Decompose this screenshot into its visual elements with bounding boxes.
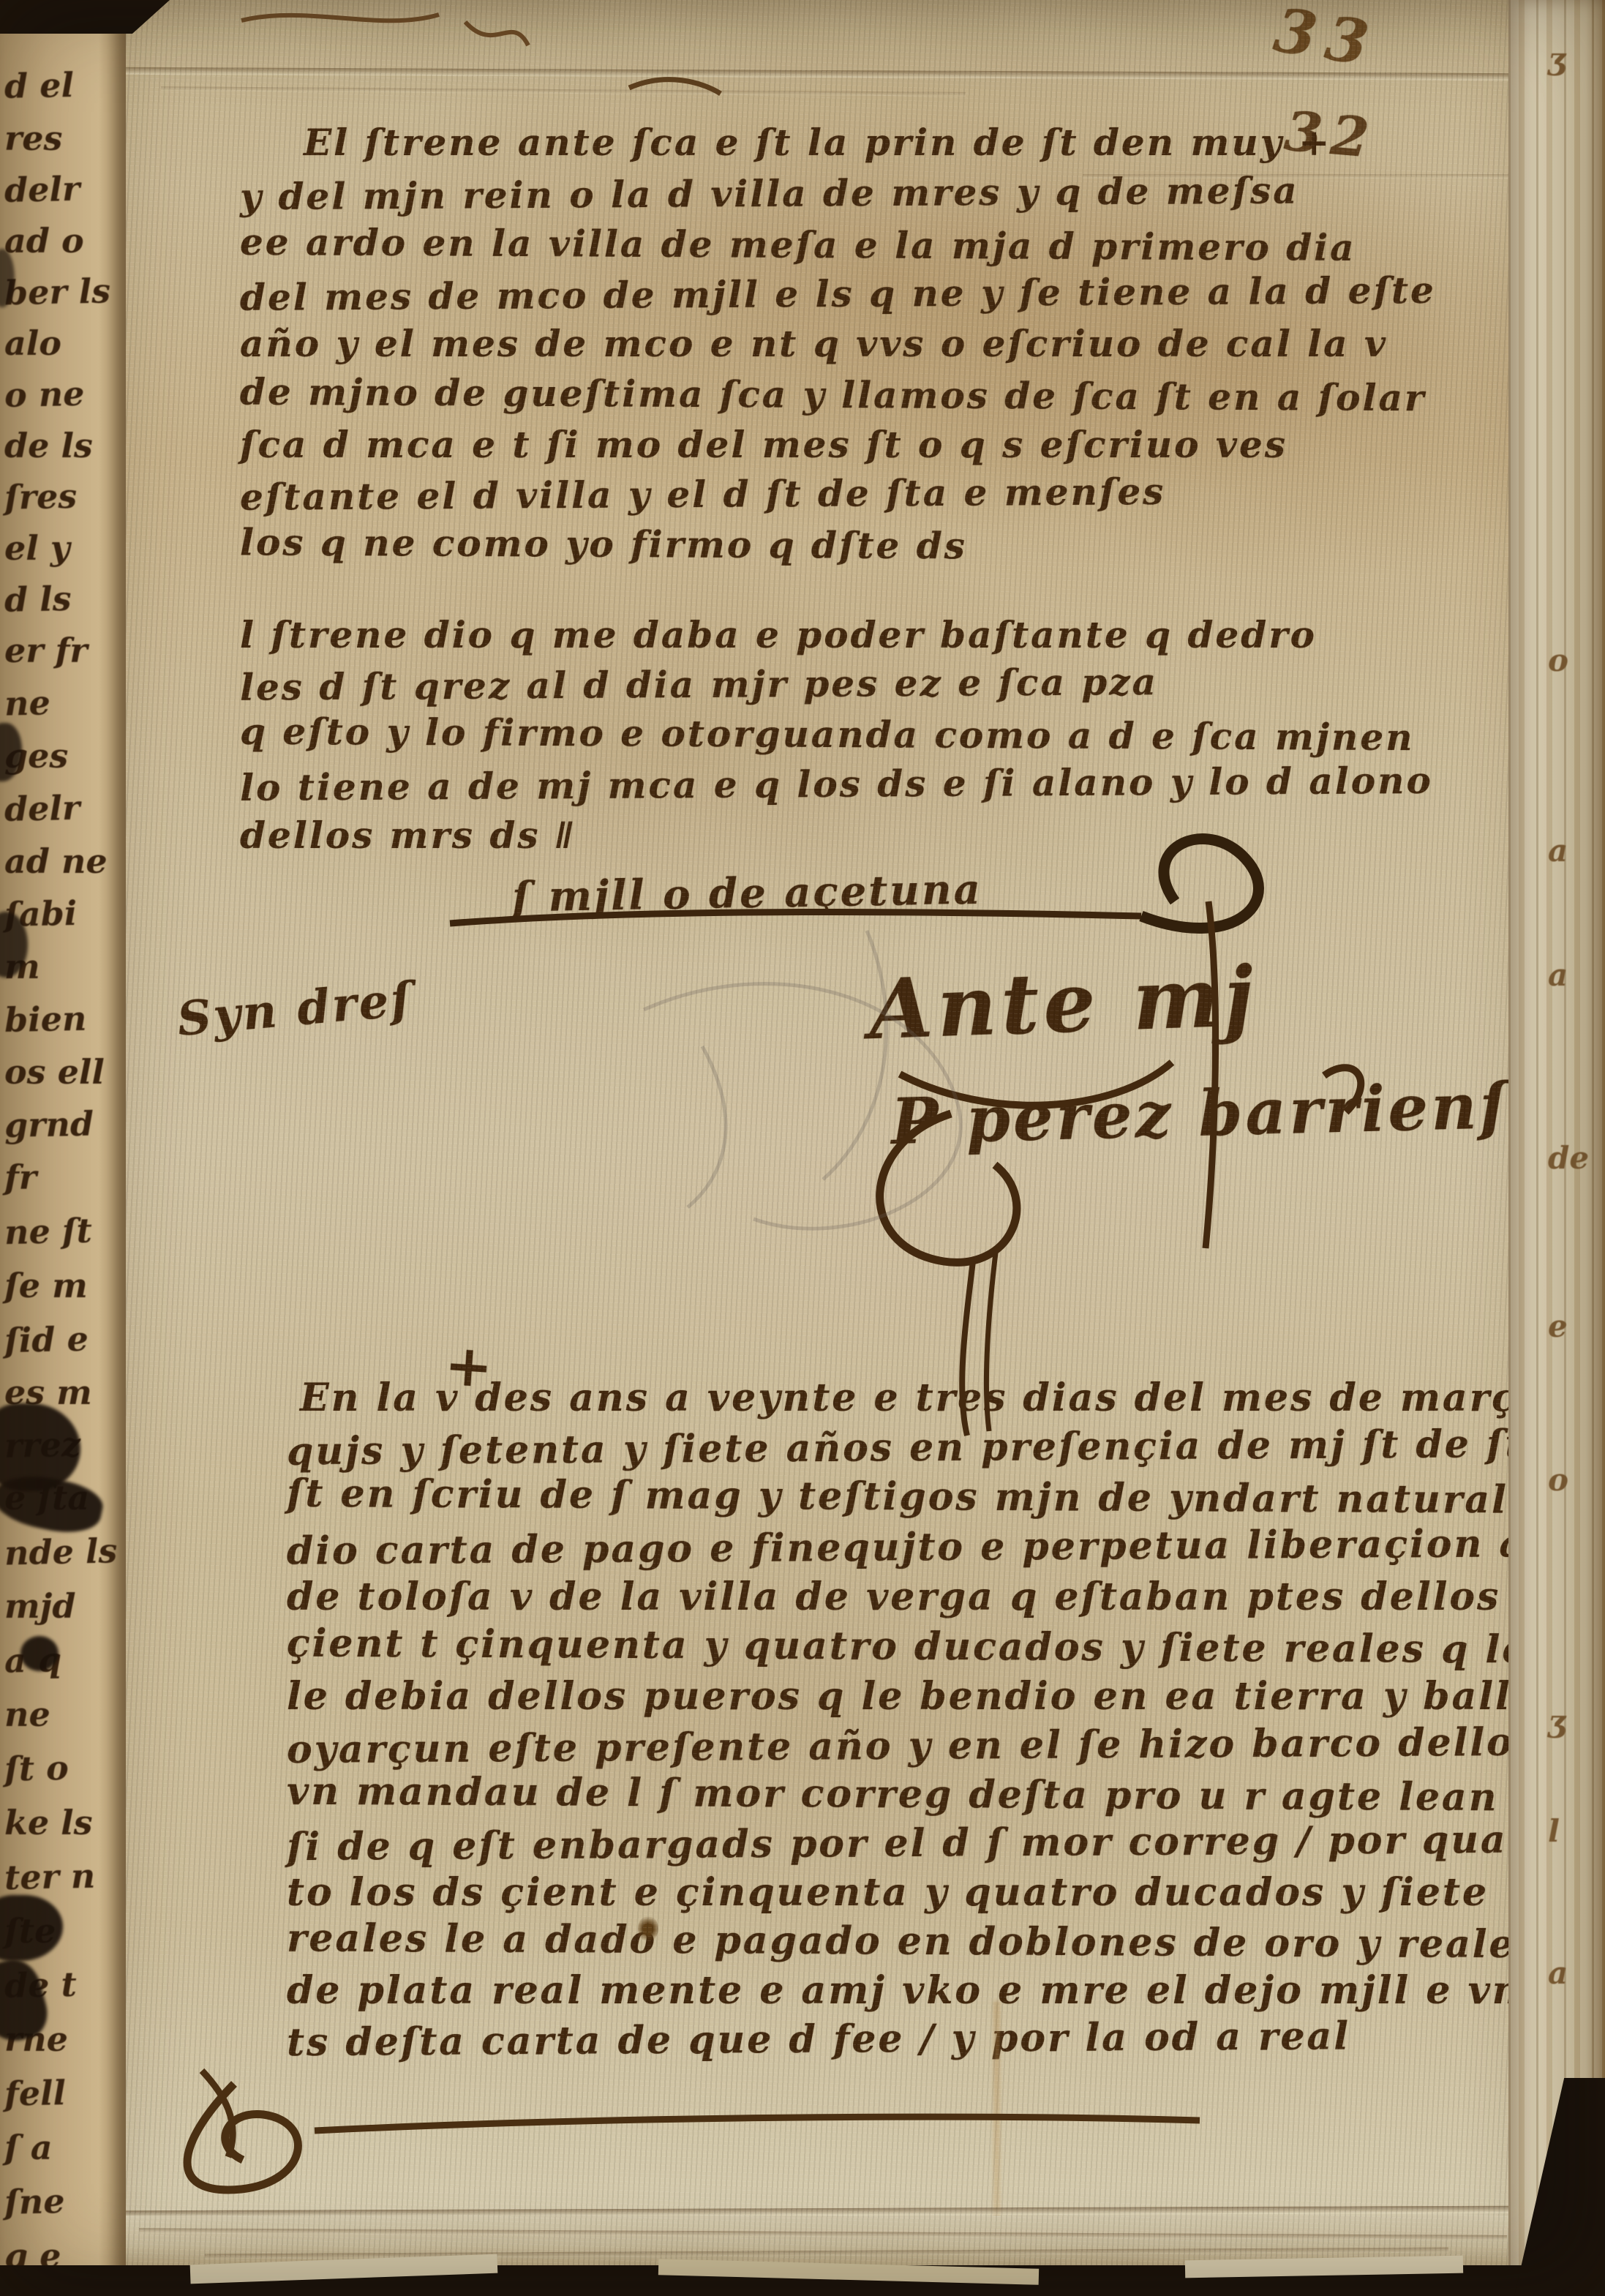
right-edge-text-fragment: o — [1548, 1462, 1568, 1498]
right-edge-text-fragment: o — [1548, 642, 1568, 678]
right-edge-text-fragment: ʒ — [1548, 41, 1565, 77]
right-edge-text-fragment: a — [1548, 1955, 1568, 1991]
photo-bottom-dark — [0, 2265, 1605, 2296]
right-edge-text-fragment: a — [1548, 833, 1568, 868]
right-edge-text-fragment: ʒ — [1548, 1703, 1565, 1739]
right-edge-text-fragment: a — [1548, 957, 1568, 993]
right-page-edges: ʒoaadeeoʒla — [1508, 0, 1605, 2296]
right-fragments: ʒoaadeeoʒla — [0, 0, 1605, 2296]
manuscript-photo: 33 32 El ſtrene ante ſca e ſt la prin de… — [0, 0, 1605, 2296]
right-edge-text-fragment: de — [1548, 1140, 1589, 1176]
right-edge-text-fragment: l — [1548, 1813, 1560, 1849]
right-edge-text-fragment: e — [1548, 1308, 1568, 1344]
